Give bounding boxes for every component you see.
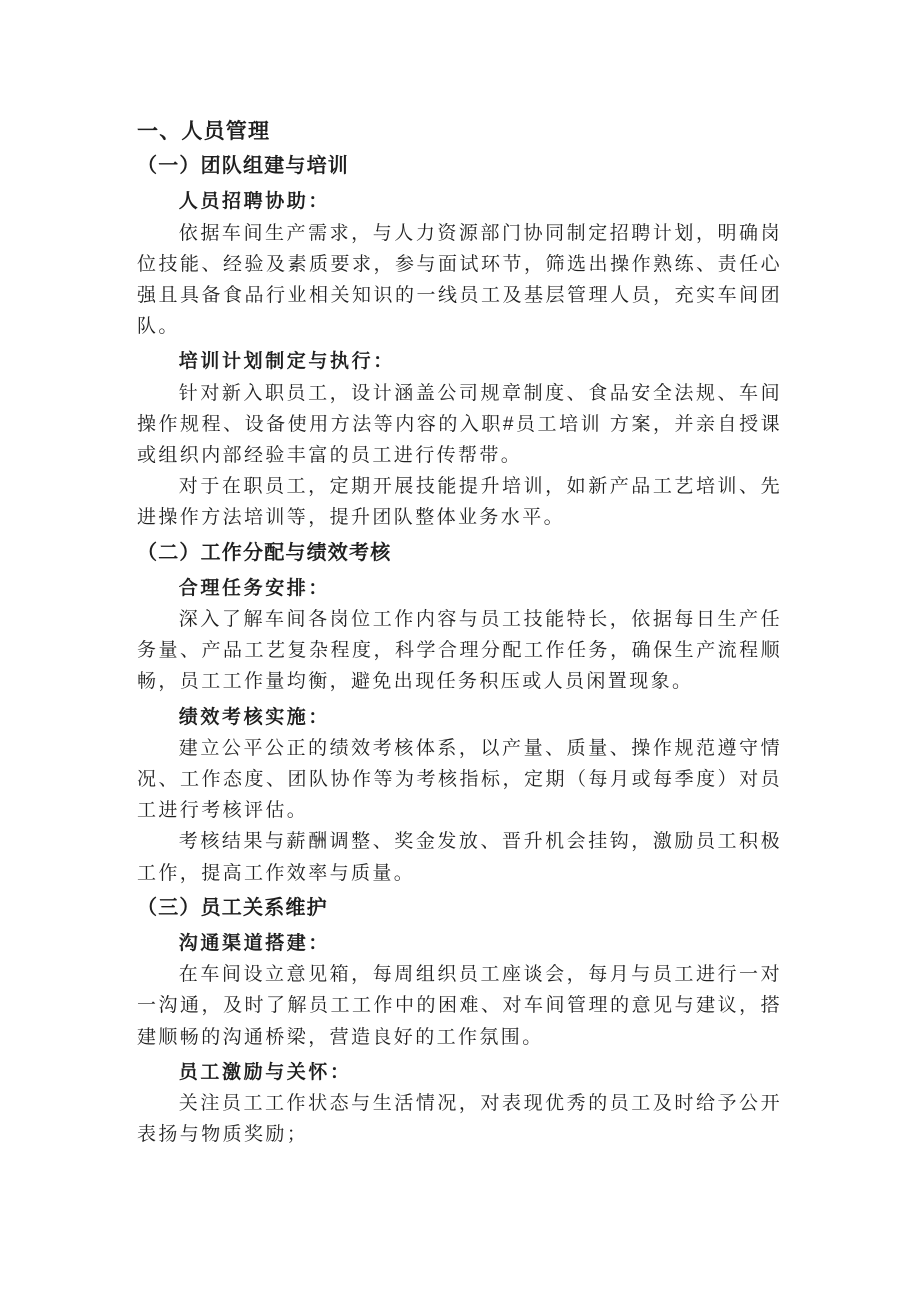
body-paragraph: 针对新入职员工，设计涵盖公司规章制度、食品安全法规、车间操作规程、设备使用方法等… bbox=[137, 378, 782, 472]
body-paragraph: 关注员工工作状态与生活情况，对表现优秀的员工及时给予公开表扬与物质奖励； bbox=[137, 1088, 782, 1150]
sub-heading: 人员招聘协助： bbox=[137, 186, 782, 217]
body-paragraph: 对于在职员工，定期开展技能提升培训，如新产品工艺培训、先进操作方法培训等，提升团… bbox=[137, 471, 782, 533]
body-paragraph: 考核结果与薪酬调整、奖金发放、晋升机会挂钩，激励员工积极工作，提高工作效率与质量… bbox=[137, 826, 782, 888]
body-paragraph: 建立公平公正的绩效考核体系，以产量、质量、操作规范遵守情况、工作态度、团队协作等… bbox=[137, 733, 782, 827]
body-paragraph: 在车间设立意见箱，每周组织员工座谈会，每月与员工进行一对一沟通，及时了解员工工作… bbox=[137, 959, 782, 1053]
doc-heading-level1: 一、人员管理 bbox=[137, 116, 782, 147]
sub-heading: 绩效考核实施： bbox=[137, 702, 782, 733]
section-heading-2: （二）工作分配与绩效考核 bbox=[137, 538, 782, 569]
document-page: 一、人员管理 （一）团队组建与培训 人员招聘协助： 依据车间生产需求，与人力资源… bbox=[0, 0, 920, 1302]
section-heading-1: （一）团队组建与培训 bbox=[137, 151, 782, 182]
body-paragraph: 深入了解车间各岗位工作内容与员工技能特长，依据每日生产任务量、产品工艺复杂程度，… bbox=[137, 604, 782, 698]
section-heading-3: （三）员工关系维护 bbox=[137, 893, 782, 924]
sub-heading: 员工激励与关怀： bbox=[137, 1057, 782, 1088]
body-paragraph: 依据车间生产需求，与人力资源部门协同制定招聘计划，明确岗位技能、经验及素质要求，… bbox=[137, 218, 782, 343]
document-body: 一、人员管理 （一）团队组建与培训 人员招聘协助： 依据车间生产需求，与人力资源… bbox=[137, 116, 782, 1151]
sub-heading: 合理任务安排： bbox=[137, 573, 782, 604]
sub-heading: 培训计划制定与执行： bbox=[137, 346, 782, 377]
sub-heading: 沟通渠道搭建： bbox=[137, 928, 782, 959]
